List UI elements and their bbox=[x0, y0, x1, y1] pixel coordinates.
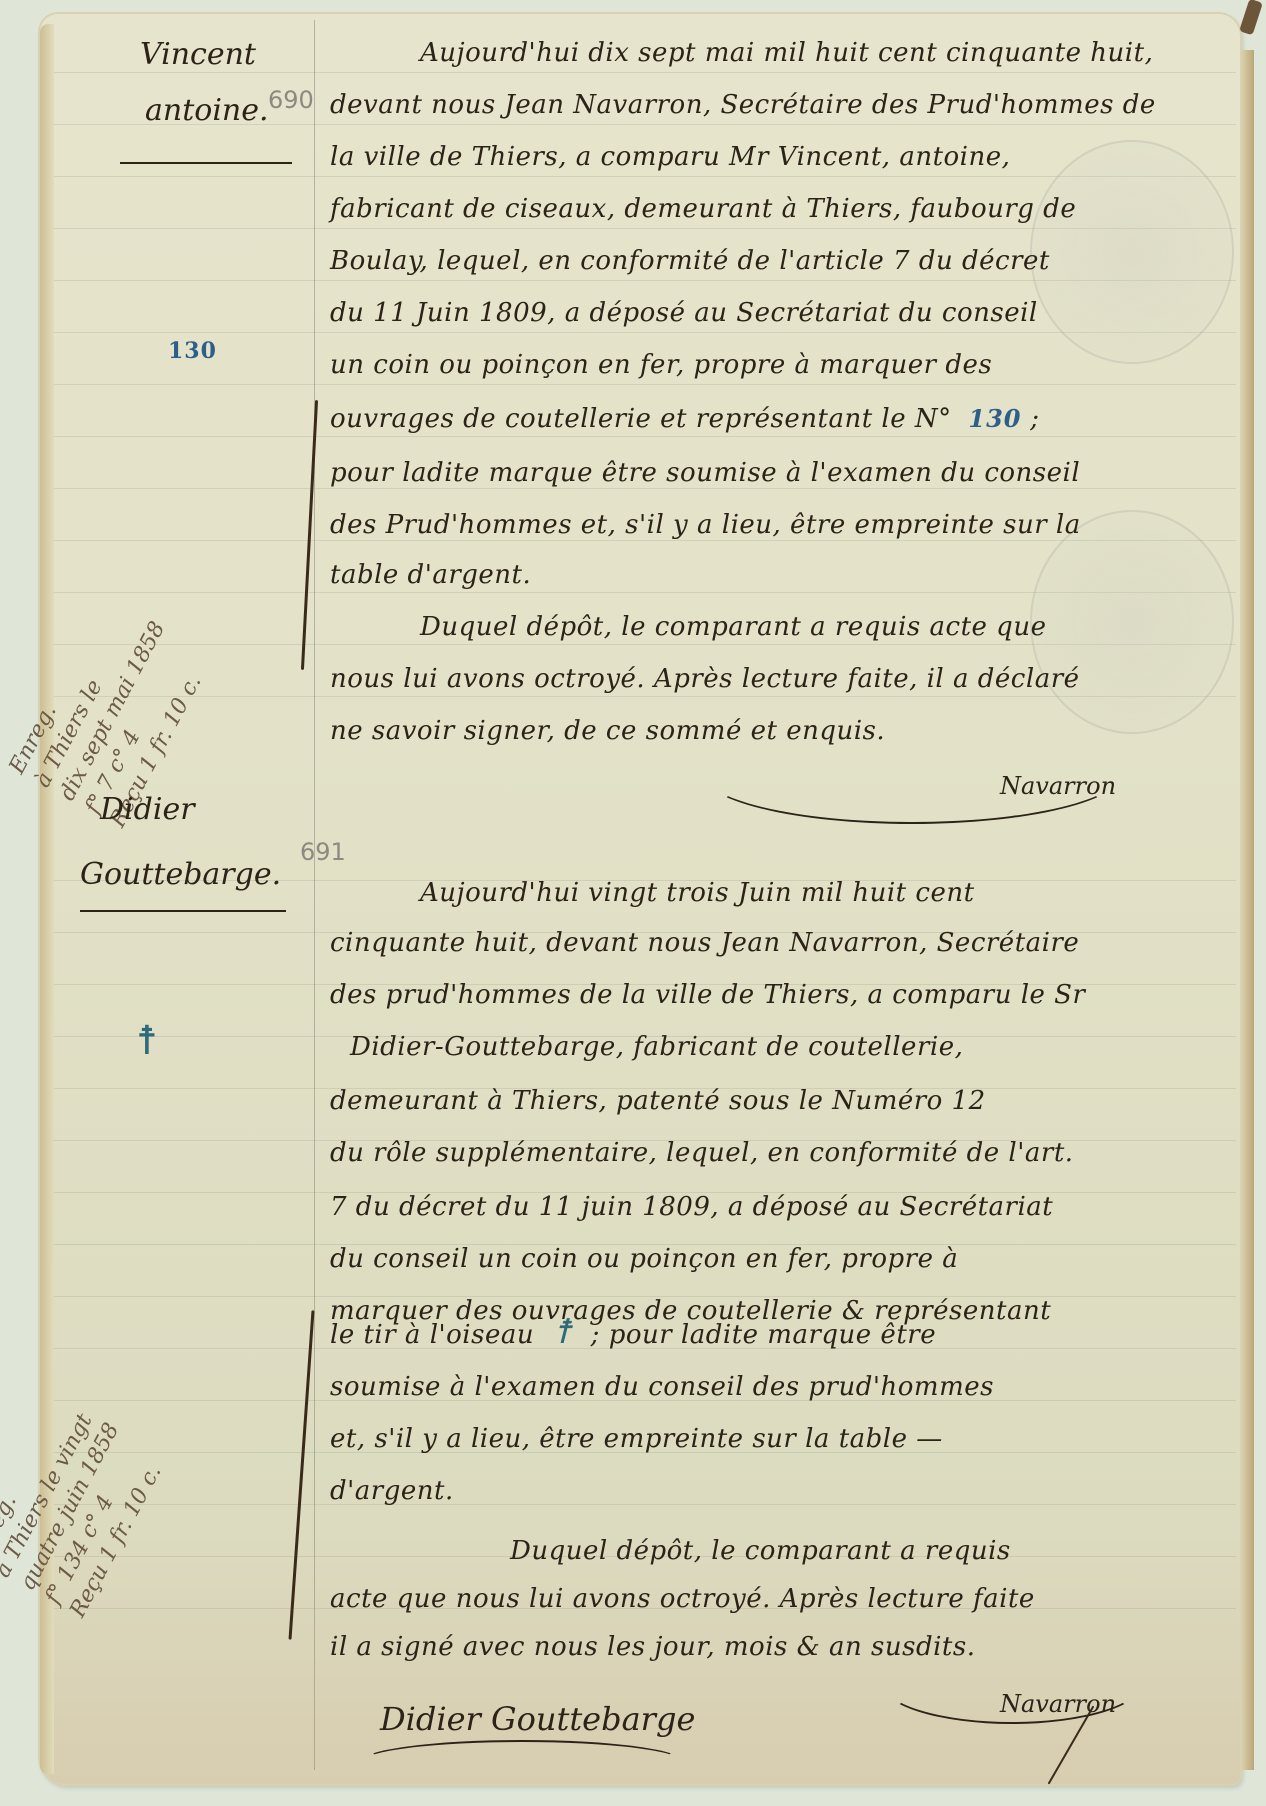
margin-name-second: Gouttebarge. bbox=[80, 860, 281, 890]
body-line: des Prud'hommes et, s'il y a lieu, être … bbox=[330, 510, 1220, 540]
body-line: la ville de Thiers, a comparu Mr Vincent… bbox=[330, 142, 1220, 172]
margin-name-second: antoine. bbox=[145, 96, 269, 126]
clerk-signature: Navarron bbox=[1000, 772, 1116, 800]
body-line: cinquante huit, devant nous Jean Navarro… bbox=[330, 928, 1220, 958]
page-stack-edge-right bbox=[1242, 50, 1254, 1770]
body-line: un coin ou poinçon en fer, propre à marq… bbox=[330, 350, 1220, 380]
body-line: pour ladite marque être soumise à l'exam… bbox=[330, 458, 1220, 488]
clerk-signature: Navarron bbox=[1000, 1690, 1116, 1718]
margin-name-first: Didier bbox=[100, 795, 195, 825]
ruled-line bbox=[54, 488, 1236, 489]
body-line: Didier-Gouttebarge, fabricant de coutell… bbox=[330, 1032, 1240, 1062]
entry-divider bbox=[120, 162, 292, 164]
signature-flourish bbox=[360, 1740, 684, 1784]
body-line: 7 du décret du 11 juin 1809, a déposé au… bbox=[330, 1192, 1220, 1222]
entry-divider bbox=[80, 910, 286, 912]
body-line: nous lui avons octroyé. Après lecture fa… bbox=[330, 664, 1220, 694]
ruled-line bbox=[54, 332, 1236, 333]
body-line: devant nous Jean Navarron, Secrétaire de… bbox=[330, 90, 1220, 120]
body-text: ouvrages de coutellerie et représentant … bbox=[330, 404, 952, 434]
body-line: Aujourd'hui dix sept mai mil huit cent c… bbox=[330, 38, 1266, 68]
ruled-line bbox=[54, 436, 1236, 437]
body-line: Aujourd'hui vingt trois Juin mil huit ce… bbox=[330, 878, 1266, 908]
body-line: le tir à l'oiseau ☨ ; pour ladite marque… bbox=[330, 1312, 1220, 1352]
mark-number-stamp: 130 bbox=[168, 338, 217, 364]
body-line: Duquel dépôt, le comparant a requis acte… bbox=[330, 612, 1266, 642]
body-text: ; pour ladite marque être bbox=[591, 1320, 936, 1350]
body-line: des prud'hommes de la ville de Thiers, a… bbox=[330, 980, 1220, 1010]
body-line: Boulay, lequel, en conformité de l'artic… bbox=[330, 246, 1220, 276]
mark-symbol-cross-icon: ☨ bbox=[136, 1018, 158, 1064]
body-line: d'argent. bbox=[330, 1476, 1220, 1506]
body-line: et, s'il y a lieu, être empreinte sur la… bbox=[330, 1424, 1220, 1454]
body-line: Duquel dépôt, le comparant a requis bbox=[330, 1536, 1266, 1566]
body-line: demeurant à Thiers, patenté sous le Numé… bbox=[330, 1086, 1220, 1116]
binding-thread bbox=[1239, 0, 1263, 35]
depositor-signature: Didier Gouttebarge bbox=[380, 1700, 695, 1738]
body-line: ouvrages de coutellerie et représentant … bbox=[330, 404, 1220, 434]
ruled-line bbox=[54, 72, 1236, 73]
inline-mark-number-stamp: 130 bbox=[968, 404, 1021, 433]
ruled-line bbox=[54, 540, 1236, 541]
body-line: fabricant de ciseaux, demeurant à Thiers… bbox=[330, 194, 1220, 224]
margin-name-first: Vincent bbox=[140, 40, 256, 70]
body-line: du rôle supplémentaire, lequel, en confo… bbox=[330, 1138, 1220, 1168]
body-line: du conseil un coin ou poinçon en fer, pr… bbox=[330, 1244, 1220, 1274]
body-text: le tir à l'oiseau bbox=[330, 1320, 534, 1350]
ruled-line bbox=[54, 384, 1236, 385]
mark-symbol-cross-icon: ☨ bbox=[553, 1312, 572, 1352]
body-line: soumise à l'examen du conseil des prud'h… bbox=[330, 1372, 1220, 1402]
entry-number: 691 bbox=[300, 840, 346, 864]
margin-rule bbox=[314, 20, 315, 1770]
entry-number: 690 bbox=[268, 88, 314, 112]
body-line: acte que nous lui avons octroyé. Après l… bbox=[330, 1584, 1220, 1614]
body-line: du 11 Juin 1809, a déposé au Secrétariat… bbox=[330, 298, 1220, 328]
body-line: table d'argent. bbox=[330, 560, 1220, 590]
